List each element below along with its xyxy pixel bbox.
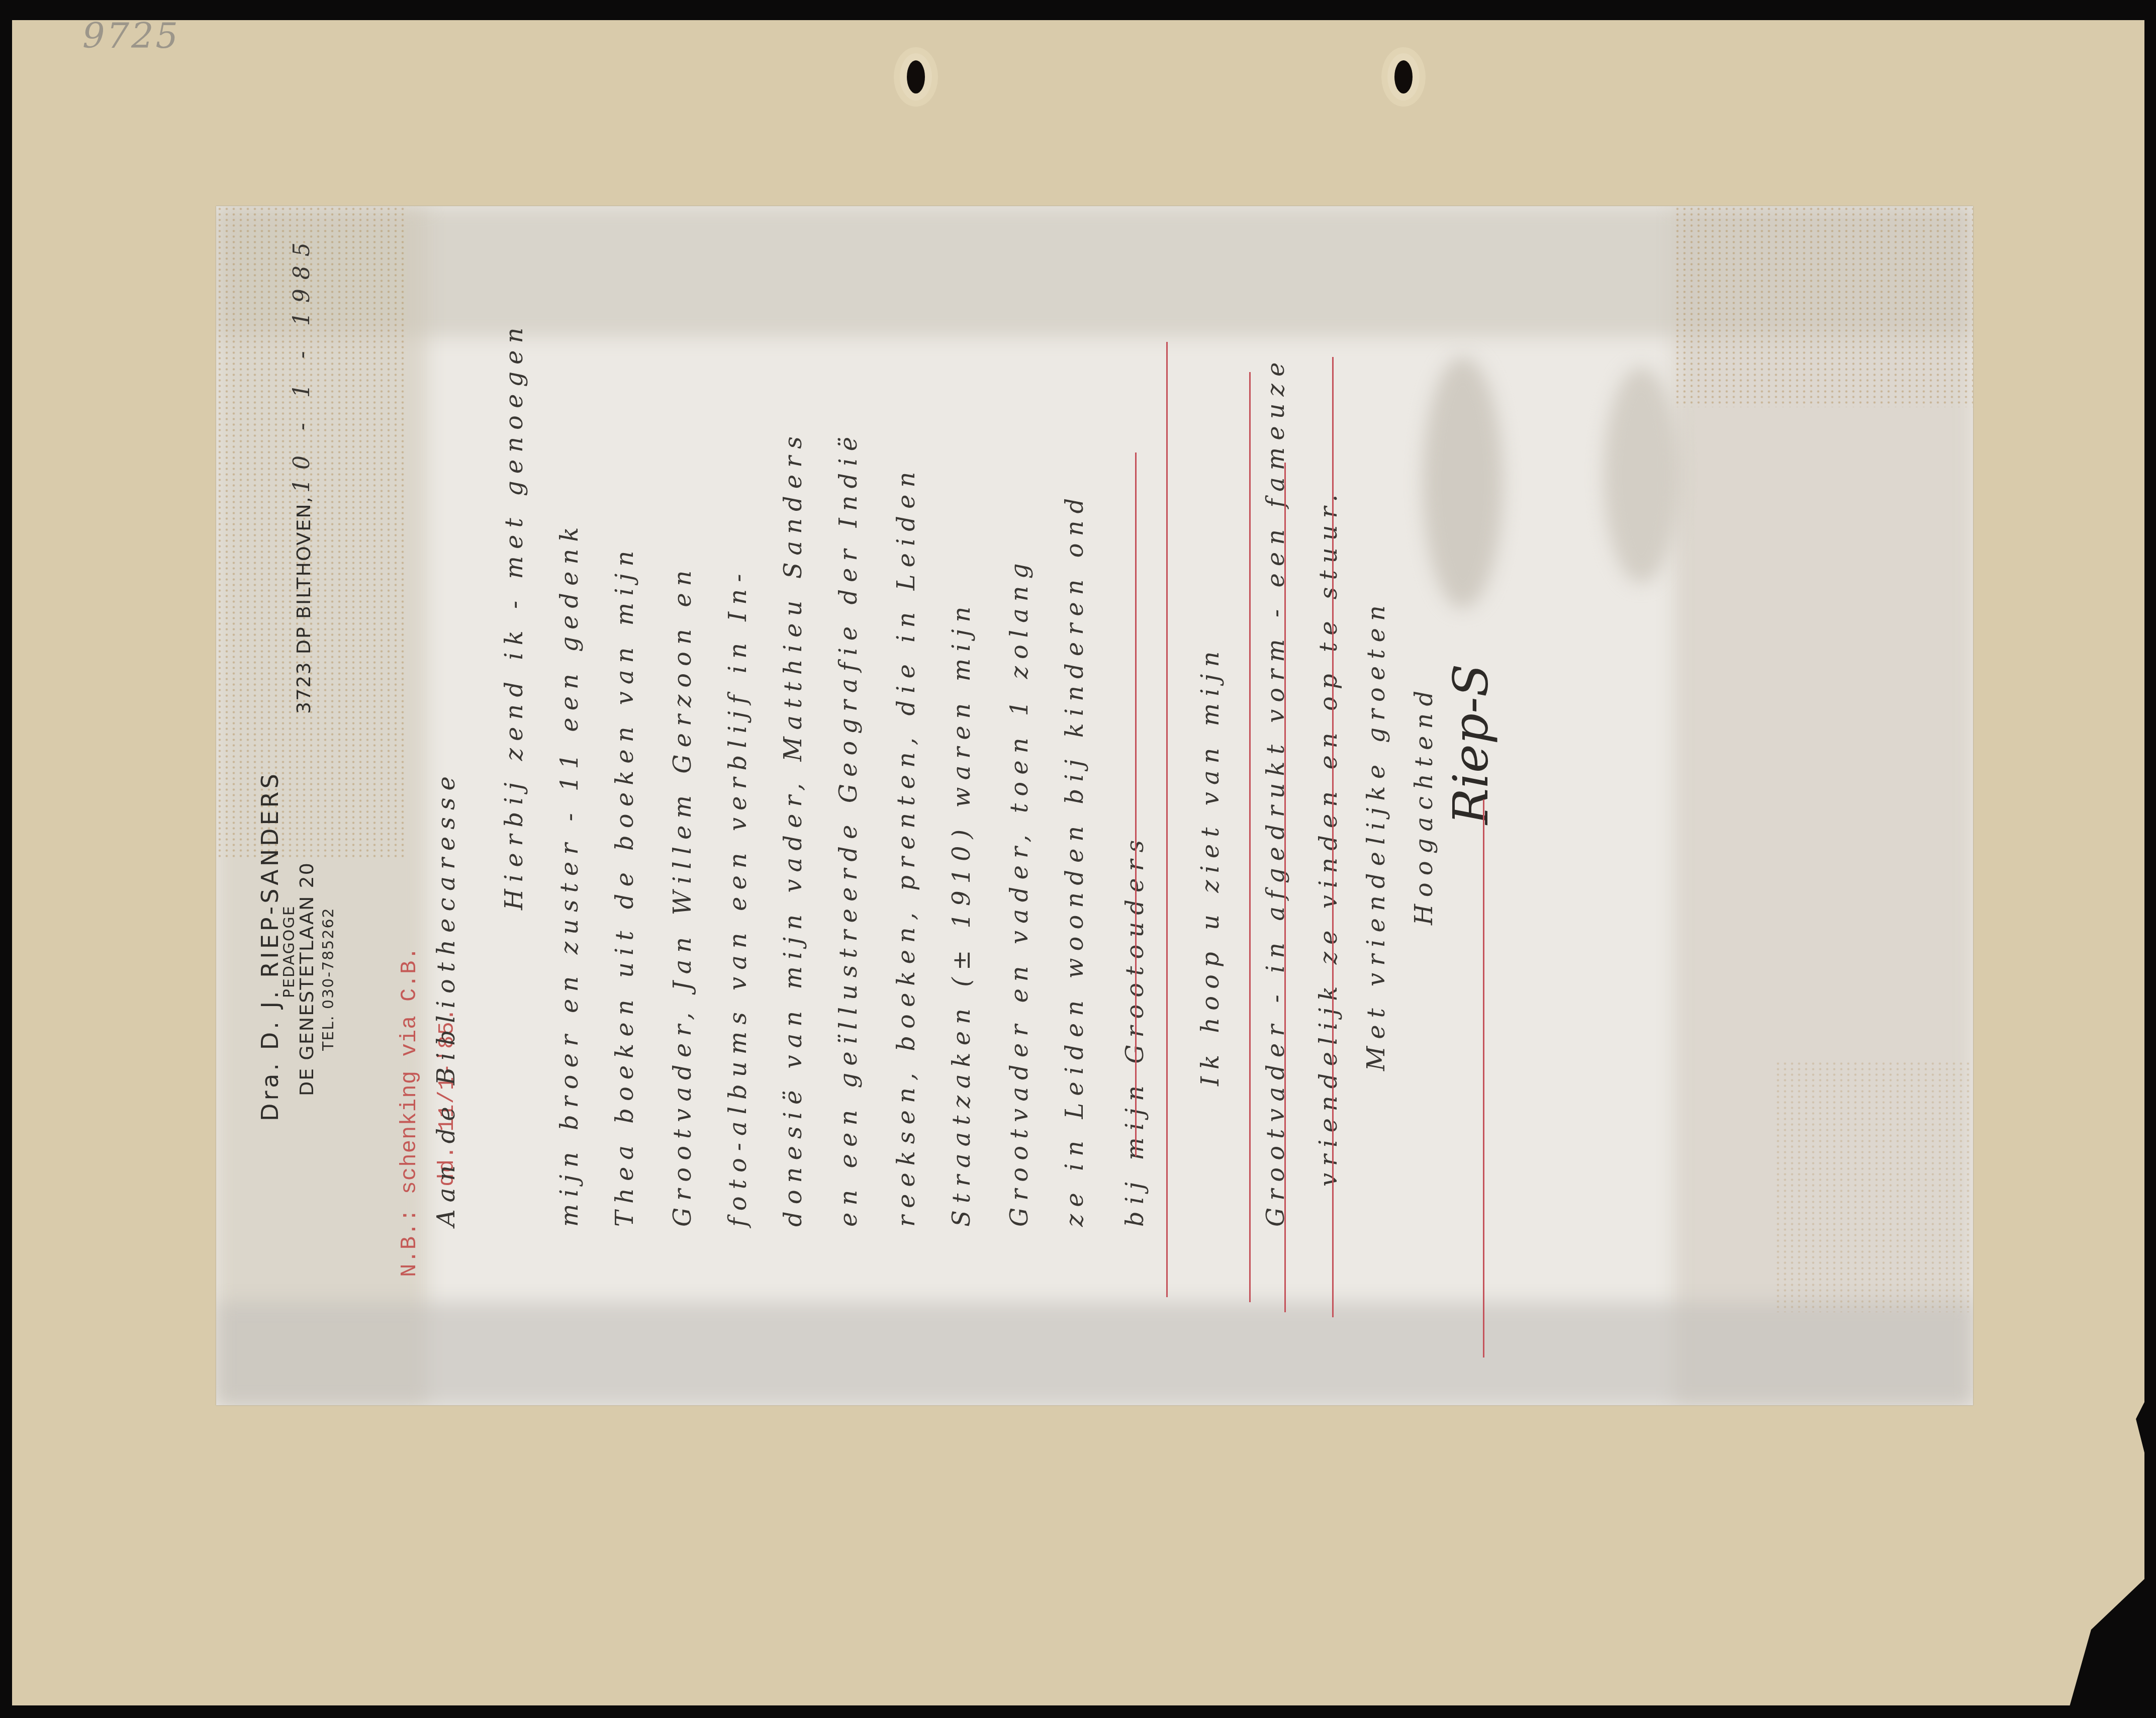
letterhead-phone: TEL. 030-785262 <box>320 907 337 1051</box>
punch-hole-right <box>1394 60 1413 94</box>
letter-sheet: Dra. D. J. RIEP-SANDERS PEDAGOGE DE GENE… <box>216 206 1973 1405</box>
letter-line-17: Met vriendelijke groeten <box>1362 598 1390 1071</box>
letter-line-4: Thea boeken uit de boeken van mijn <box>611 544 639 1227</box>
speckle-top-right <box>1674 206 1973 407</box>
stain-oval-2 <box>1604 367 1679 583</box>
letter-line-1: Aan de Bibliothecaresse <box>432 769 460 1227</box>
red-underline-3 <box>1249 372 1251 1302</box>
red-underline-6 <box>1483 799 1484 1358</box>
letter-line-9: reeksen, boeken, prenten, die in Leiden <box>892 465 920 1227</box>
stain-bottom-band <box>216 1302 1973 1405</box>
speckle-bottom-right <box>1774 1061 1973 1312</box>
red-underline-1 <box>1135 453 1137 1156</box>
stain-oval-1 <box>1423 357 1503 608</box>
letter-line-8: en een geïllustreerde Geografie der Indi… <box>834 430 863 1227</box>
letter-line-7: donesië van mijn vader, Matthieu Sanders <box>779 429 807 1227</box>
punch-hole-left <box>907 60 925 94</box>
letterhead-street: DE GENESTETLAAN 20 <box>296 862 318 1096</box>
letter-line-14: Ik hoop u ziet van mijn <box>1196 645 1225 1086</box>
letter-line-18: Hoogachtend <box>1410 684 1438 925</box>
pencil-catalog-number: 9725 <box>82 15 180 56</box>
letter-line-16: vriendelijk ze vinden en op te stuur. <box>1315 487 1343 1187</box>
signature: Riep-S <box>1443 664 1499 825</box>
letterhead-name: Dra. D. J. RIEP-SANDERS <box>256 771 284 1121</box>
letter-line-11: Grootvader en vader, toen 1 zolang <box>1005 557 1034 1227</box>
letter-date: 10 - 1 - 1985 <box>289 233 315 493</box>
red-underline-2 <box>1166 342 1168 1297</box>
letterhead-city: 3723 DP BILTHOVEN, <box>293 496 315 714</box>
red-underline-5 <box>1332 357 1334 1317</box>
letter-line-5: Grootvader, Jan Willem Gerzoon en <box>669 564 697 1227</box>
letter-line-2: Hierbij zend ik - met genoegen <box>500 321 528 910</box>
letter-line-3: mijn broer en zuster - 11 een gedenk <box>555 520 584 1227</box>
typed-note-line-1: N.B.: schenking via C.B. <box>397 946 422 1277</box>
red-underline-4 <box>1284 463 1286 1312</box>
letter-line-6: foto-albums van een verblijf in In- <box>724 567 752 1227</box>
letter-line-12: ze in Leiden woonden bij kinderen ond <box>1061 491 1089 1227</box>
letter-line-10: Straatzaken (± 1910) waren mijn <box>948 600 976 1227</box>
